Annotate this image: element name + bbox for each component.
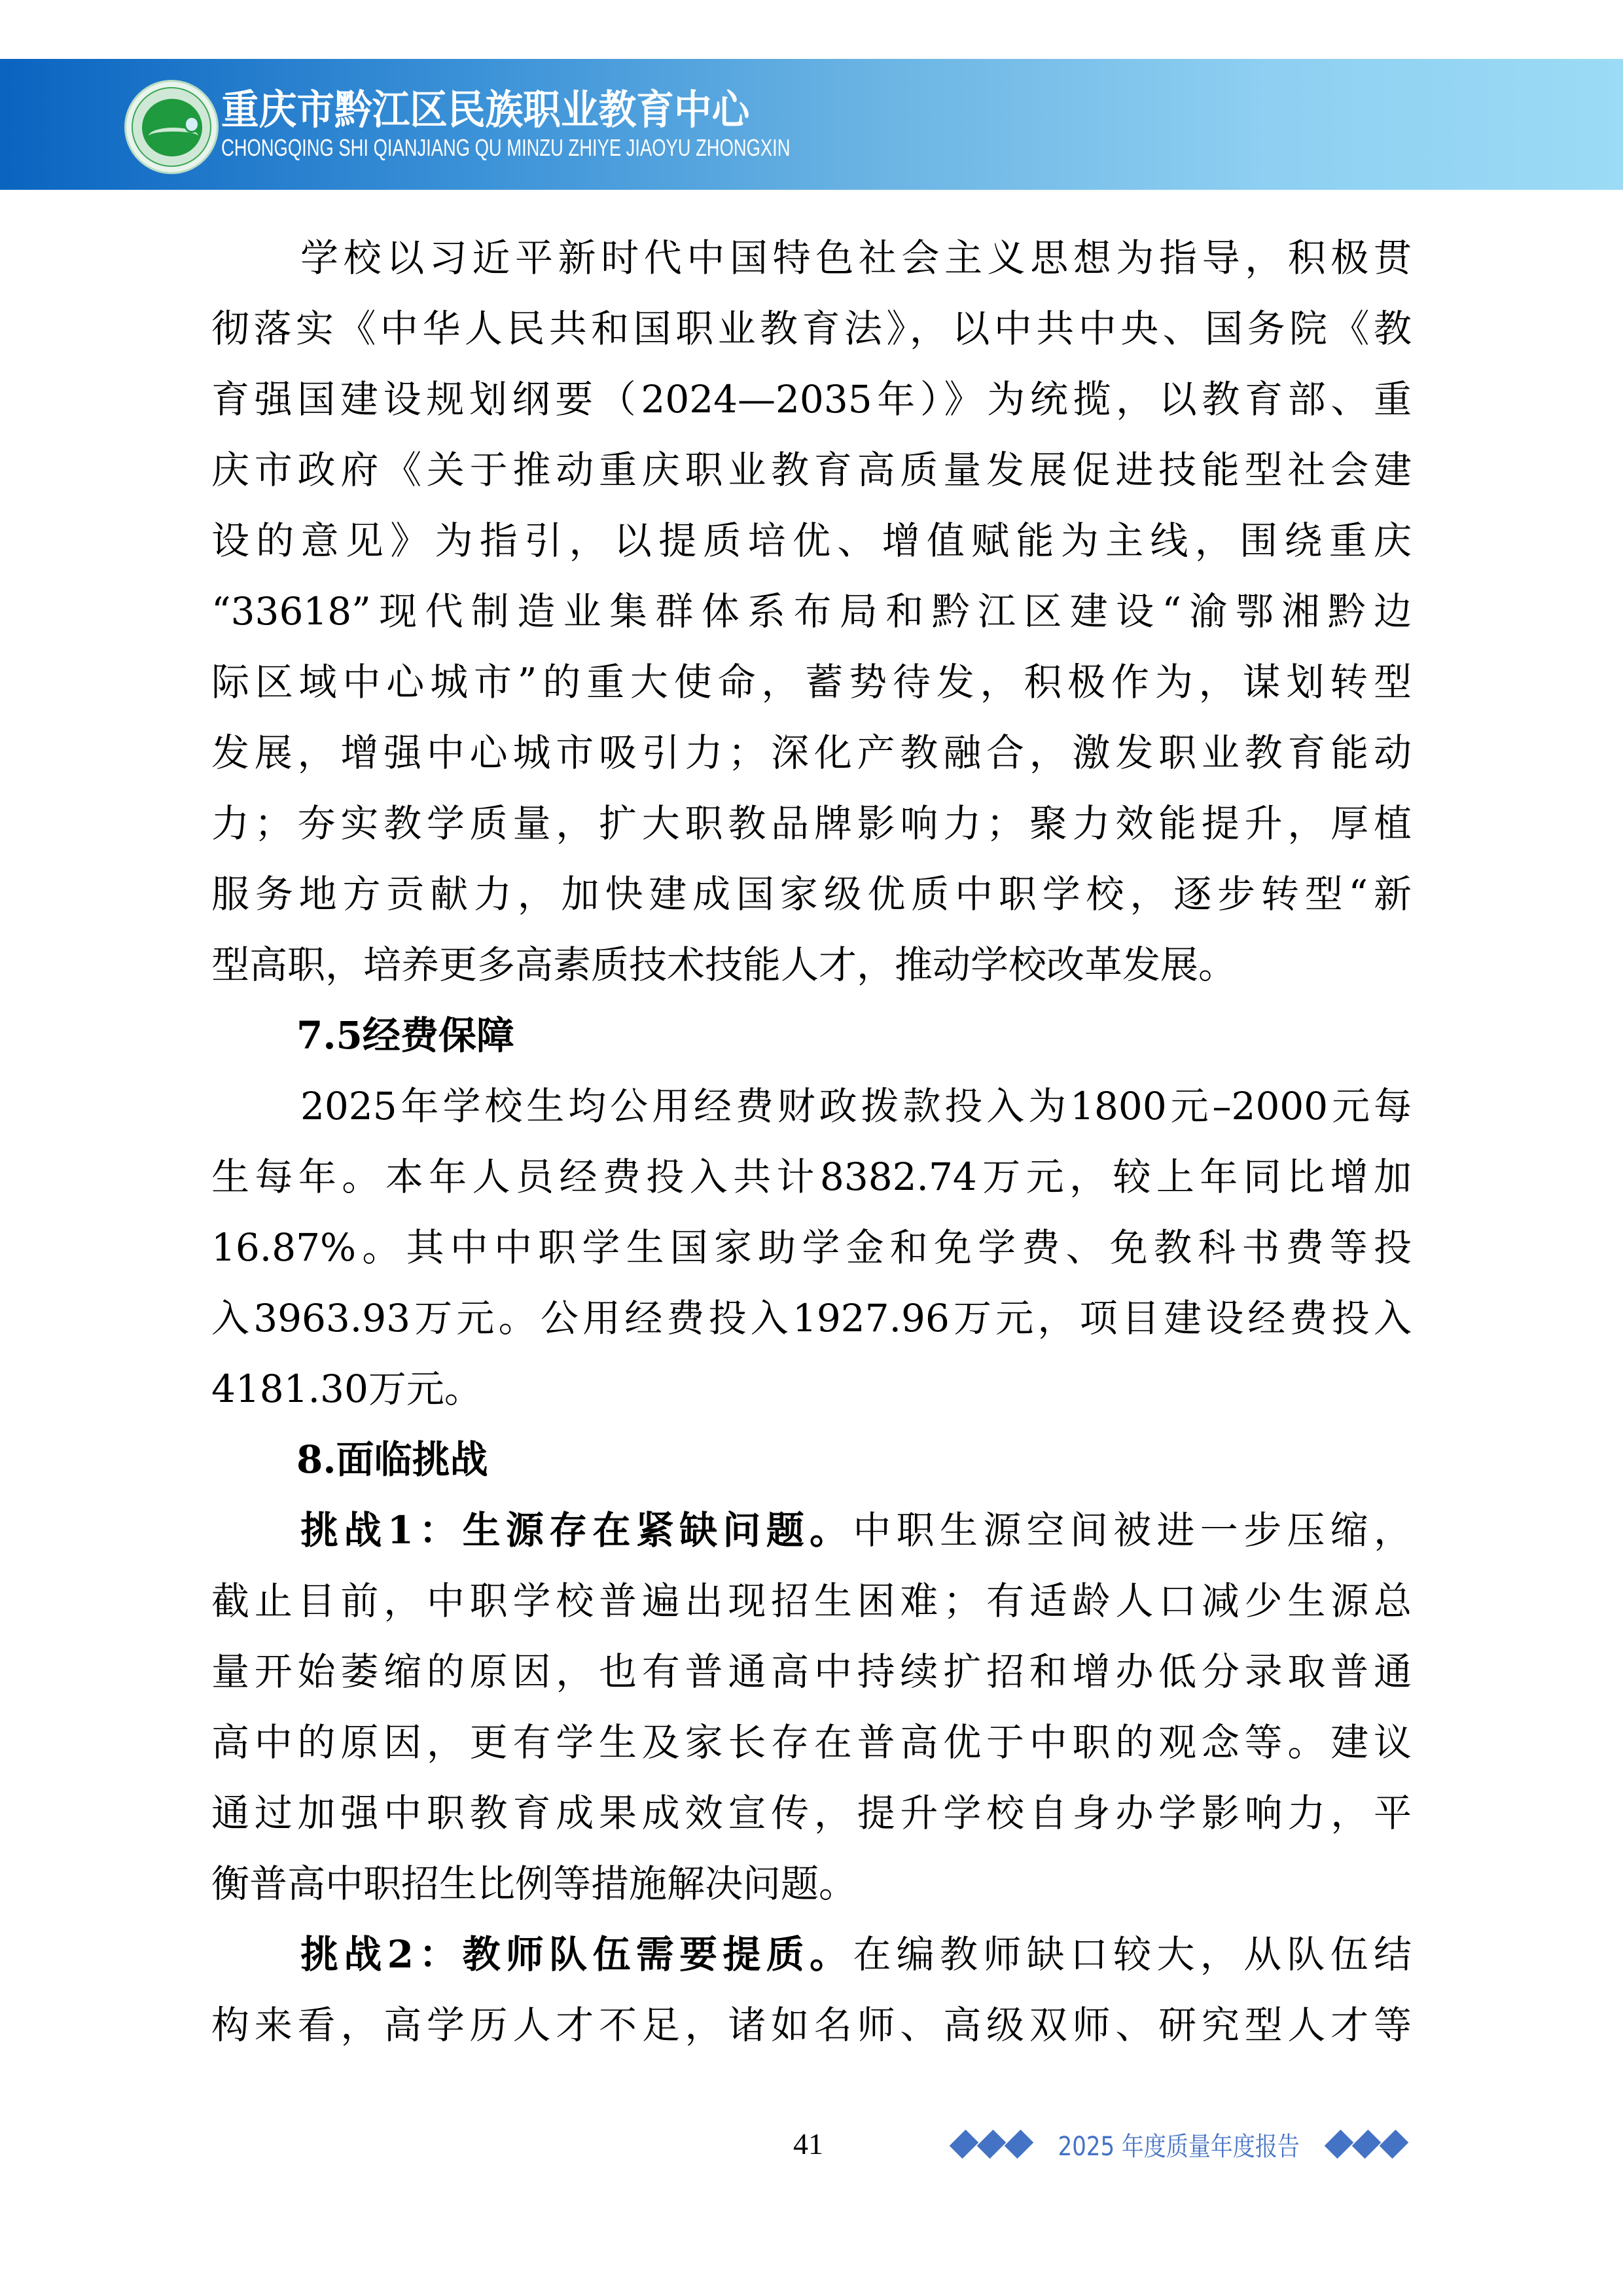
text-line: 发展，增强中心城市吸引力；深化产教融合，激发职业教育能动 xyxy=(211,717,1412,788)
text-line: 16.87%。其中中职学生国家助学金和免学费、免教科书费等投 xyxy=(211,1212,1412,1283)
text-line: 际区域中心城市”的重大使命，蓄势待发，积极作为，谋划转型 xyxy=(211,647,1412,717)
document-body: 学校以习近平新时代中国特色社会主义思想为指导，积极贯 彻落实《中华人民共和国职业… xyxy=(211,223,1412,2060)
diamond-icon xyxy=(1324,2130,1353,2159)
paragraph-funding: 2025年学校生均公用经费财政拨款投入为1800元–2000元每 生每年。本年人… xyxy=(211,1071,1412,1424)
page-footer: 41 2025 年度质量年度报告 xyxy=(0,2125,1623,2164)
paragraph-challenge-1: 挑战1：生源存在紧缺问题。中职生源空间被进一步压缩， 截止目前，中职学校普遍出现… xyxy=(211,1495,1412,1919)
text-line: 衡普高中职招生比例等措施解决问题。 xyxy=(211,1848,1412,1919)
section-heading-challenges: 8.面临挑战 xyxy=(211,1424,1412,1495)
diamond-icon xyxy=(950,2130,979,2159)
challenge-2-lead: 挑战2：教师队伍需要提质。 xyxy=(300,1932,853,1977)
text-line: 2025年学校生均公用经费财政拨款投入为1800元–2000元每 xyxy=(211,1071,1412,1141)
text-line: 构来看，高学历人才不足，诸如名师、高级双师、研究型人才等 xyxy=(211,1990,1412,2060)
paragraph-challenge-2: 挑战2：教师队伍需要提质。在编教师缺口较大，从队伍结 构来看，高学历人才不足，诸… xyxy=(211,1919,1412,2060)
text-line: 4181.30万元。 xyxy=(211,1354,1412,1424)
section-heading-funding: 7.5经费保障 xyxy=(211,1000,1412,1071)
page-number: 41 xyxy=(793,2125,823,2164)
text-line: 育强国建设规划纲要（2024—2035年）》为统揽，以教育部、重 xyxy=(211,364,1412,435)
school-name-pinyin: CHONGQING SHI QIANJIANG QU MINZU ZHIYE J… xyxy=(221,135,790,161)
text-line: 力；夯实教学质量，扩大职教品牌影响力；聚力效能提升，厚植 xyxy=(211,788,1412,859)
challenge-1-text: 中职生源空间被进一步压缩， xyxy=(853,1508,1412,1552)
text-line: 庆市政府《关于推动重庆职业教育高质量发展促进技能型社会建 xyxy=(211,435,1412,505)
report-label: 2025 年度质量年度报告 xyxy=(950,2125,1408,2164)
diamond-icon xyxy=(1379,2130,1408,2159)
text-line: 挑战1：生源存在紧缺问题。中职生源空间被进一步压缩， xyxy=(211,1495,1412,1566)
diamond-icon xyxy=(1005,2130,1034,2159)
text-line: 彻落实《中华人民共和国职业教育法》，以中共中央、国务院《教 xyxy=(211,293,1412,364)
text-line: 入3963.93万元。公用经费投入1927.96万元，项目建设经费投入 xyxy=(211,1283,1412,1354)
emblem-dot xyxy=(184,116,200,133)
text-line: 学校以习近平新时代中国特色社会主义思想为指导，积极贯 xyxy=(211,223,1412,293)
report-label-text: 2025 年度质量年度报告 xyxy=(1058,2126,1300,2163)
challenge-2-text: 在编教师缺口较大，从队伍结 xyxy=(853,1932,1412,1977)
text-line: “33618”现代制造业集群体系布局和黔江区建设“渝鄂湘黔边 xyxy=(211,576,1412,647)
school-emblem-icon xyxy=(124,80,219,174)
text-line: 挑战2：教师队伍需要提质。在编教师缺口较大，从队伍结 xyxy=(211,1919,1412,1990)
text-line: 型高职，培养更多高素质技术技能人才，推动学校改革发展。 xyxy=(211,929,1412,1000)
text-line: 服务地方贡献力，加快建成国家级优质中职学校，逐步转型“新 xyxy=(211,859,1412,929)
paragraph-intro: 学校以习近平新时代中国特色社会主义思想为指导，积极贯 彻落实《中华人民共和国职业… xyxy=(211,223,1412,1000)
challenge-1-lead: 挑战1：生源存在紧缺问题。 xyxy=(300,1508,853,1552)
text-line: 生每年。本年人员经费投入共计8382.74万元，较上年同比增加 xyxy=(211,1141,1412,1212)
text-line: 量开始萎缩的原因，也有普通高中持续扩招和增办低分录取普通 xyxy=(211,1636,1412,1707)
diamond-icon xyxy=(1351,2130,1381,2159)
text-line: 设的意见》为指引，以提质培优、增值赋能为主线，围绕重庆 xyxy=(211,505,1412,576)
text-line: 高中的原因，更有学生及家长存在普高优于中职的观念等。建议 xyxy=(211,1707,1412,1778)
text-line: 截止目前，中职学校普遍出现招生困难；有适龄人口减少生源总 xyxy=(211,1566,1412,1636)
diamond-icon xyxy=(977,2130,1007,2159)
school-name-title: 重庆市黔江区民族职业教育中心 xyxy=(221,84,749,136)
text-line: 通过加强中职教育成果成效宣传，提升学校自身办学影响力，平 xyxy=(211,1778,1412,1848)
